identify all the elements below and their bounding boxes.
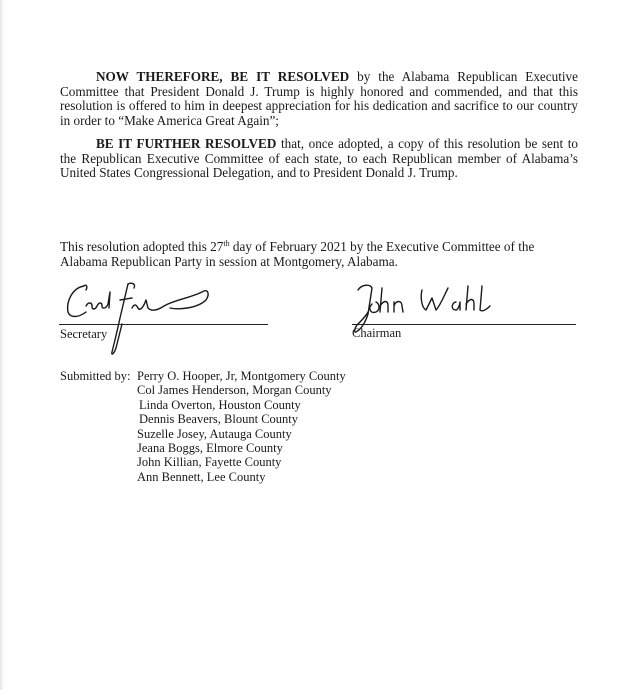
resolved-lead: NOW THEREFORE, BE IT RESOLVED — [96, 69, 349, 84]
submitter-item: Dennis Beavers, Blount County — [137, 412, 346, 426]
submitter-item: Perry O. Hooper, Jr, Montgomery County — [137, 369, 346, 383]
submitted-by-label: Submitted by: — [60, 369, 131, 383]
secretary-signature-line — [59, 324, 268, 325]
chairman-label: Chairman — [352, 326, 401, 341]
resolved-paragraph: NOW THEREFORE, BE IT RESOLVED by the Ala… — [60, 70, 578, 128]
resolution-page: NOW THEREFORE, BE IT RESOLVED by the Ala… — [0, 0, 634, 690]
secretary-signature — [62, 278, 222, 358]
adoption-statement: This resolution adopted this 27th day of… — [60, 240, 580, 269]
submitter-item: Suzelle Josey, Autauga County — [137, 427, 346, 441]
submitter-item: Jeana Boggs, Elmore County — [137, 441, 346, 455]
further-resolved-lead: BE IT FURTHER RESOLVED — [96, 136, 276, 151]
submitter-item: John Killian, Fayette County — [137, 455, 346, 469]
submitter-list: Perry O. Hooper, Jr, Montgomery County C… — [137, 369, 346, 484]
secretary-label: Secretary — [60, 327, 107, 342]
chairman-signature-line — [352, 324, 576, 325]
submitter-item: Linda Overton, Houston County — [137, 398, 346, 412]
submitter-item: Col James Henderson, Morgan County — [137, 383, 346, 397]
adoption-text-before: This resolution adopted this 27 — [60, 239, 223, 254]
further-resolved-paragraph: BE IT FURTHER RESOLVED that, once adopte… — [60, 137, 578, 181]
submitter-item: Ann Bennett, Lee County — [137, 470, 346, 484]
